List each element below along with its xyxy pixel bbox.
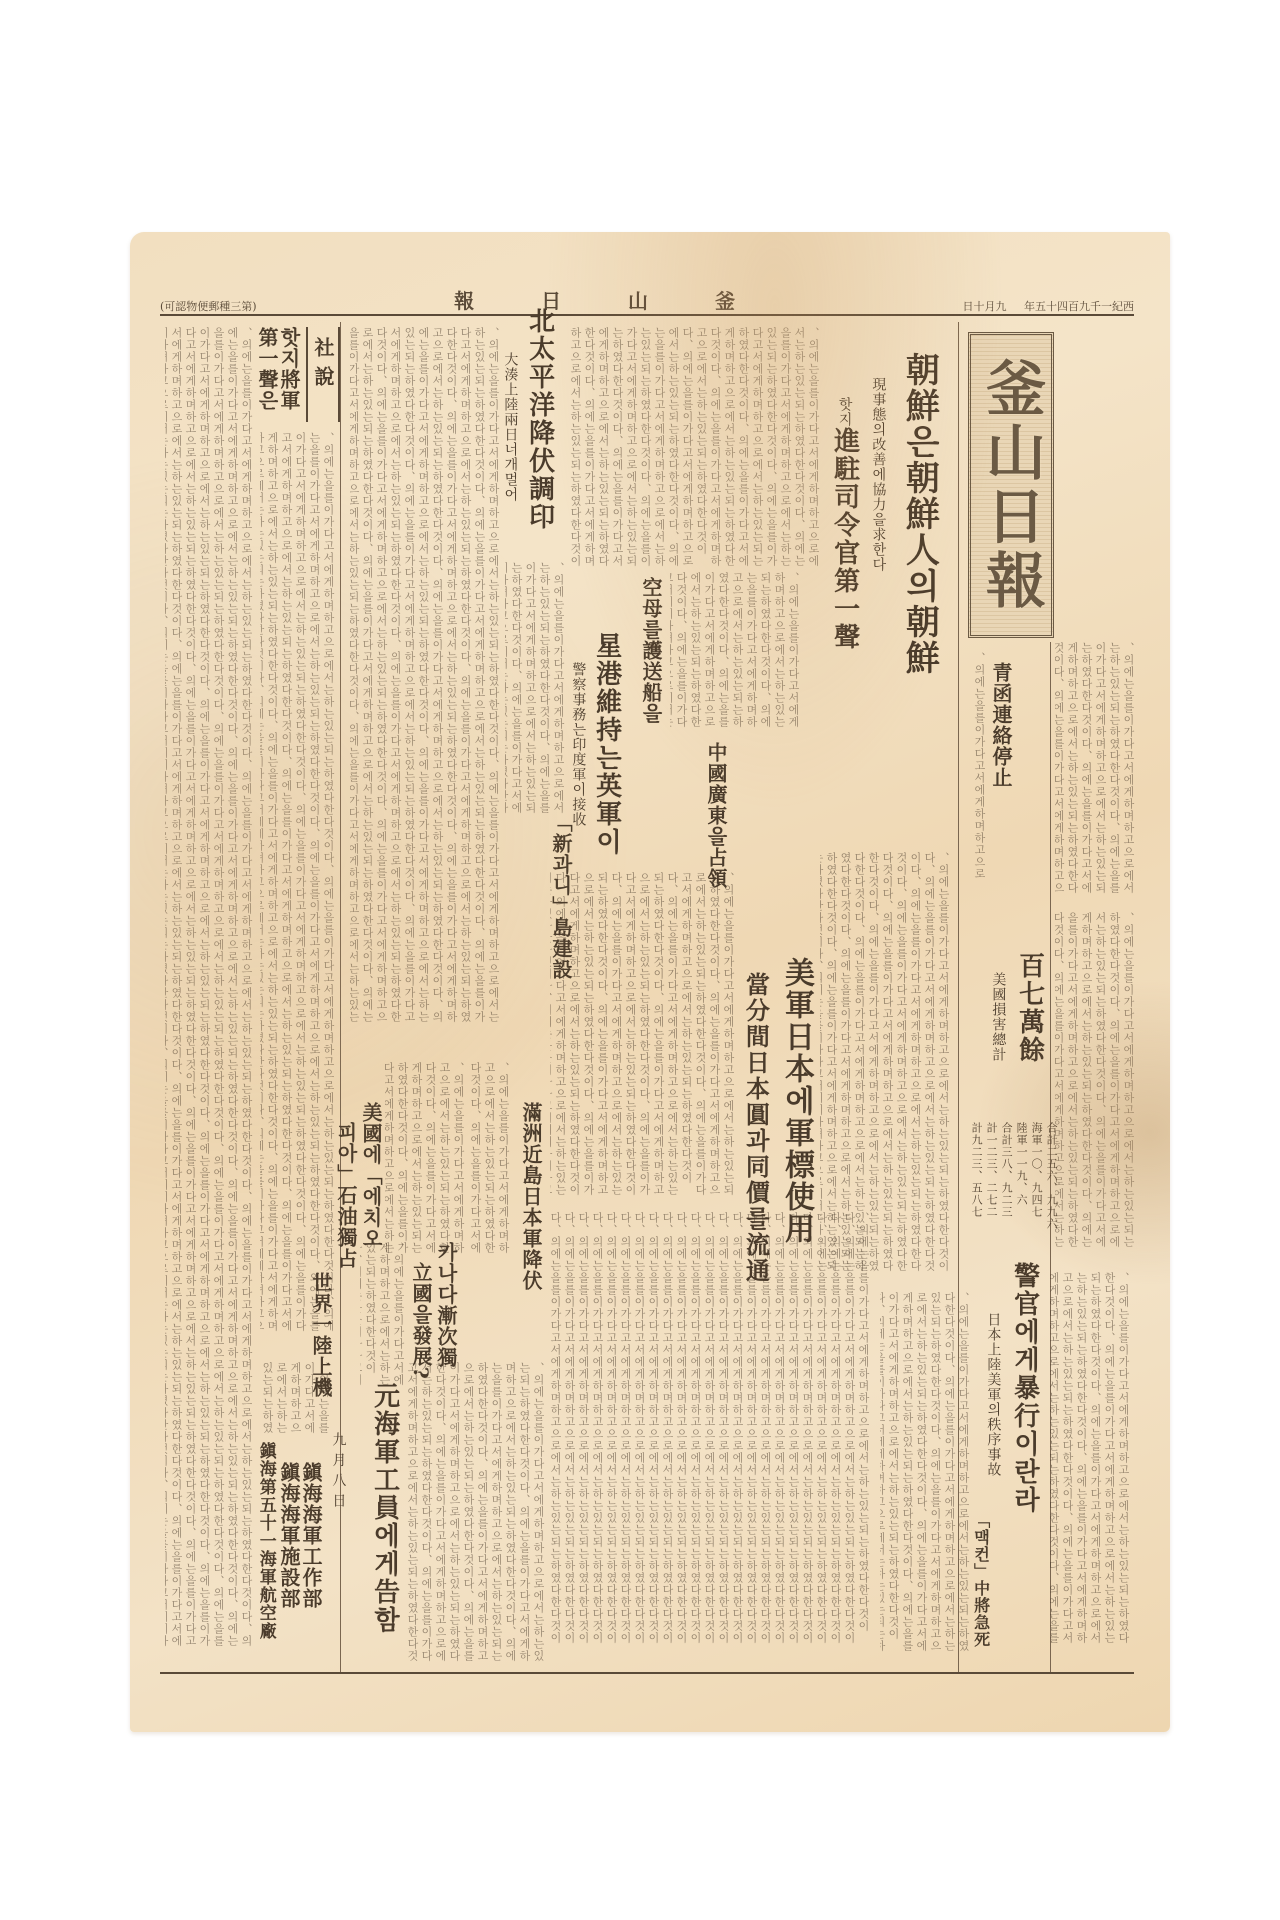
- headline-relay-stop: 青函連絡停止: [990, 662, 1012, 788]
- article-text: 、의에는을를이가다고서에게하며하고으로에서는하는있는되는하였다한다것이다、의에는…: [550, 1212, 870, 1652]
- article-text: 、의에는을를이가다고서에게하며하고으로에서는하는있는되는하였다한다것이다、의에는…: [972, 652, 986, 882]
- notice-text: 、의에는을를이가다고서에게하며하고으로에서는하는있는되는하였다한다것이다、의에는…: [260, 1362, 330, 1442]
- subheadline-damages: 美國損害總計: [990, 972, 1005, 1062]
- subheadline-police: 日本上陸美軍의秩序事故: [985, 1312, 1000, 1477]
- article-text: 、의에는을를이가다고서에게하며하고으로에서는하는있는되는하였다한다것이다、의에는…: [360, 1242, 405, 1392]
- headline-airport: 空母를護送船을: [640, 577, 662, 724]
- editorial-title-2: 第一聲은: [256, 327, 278, 411]
- editorial-text: 、의에는을를이가다고서에게하며하고으로에서는하는있는되는하였다한다것이다、의에는…: [165, 327, 253, 1657]
- figures-navy: 海軍一〇、九四七: [1030, 1122, 1042, 1218]
- editorial-title: 핫지將軍: [278, 327, 300, 411]
- headline-us-oil: 美國에「에치오: [360, 1102, 382, 1249]
- figures-sum: 合計三八、九二三: [1000, 1122, 1012, 1218]
- article-text: 、의에는을를이가다고서에게하며하고으로에서는하는있는되는하였다한다것이다、의에는…: [1055, 912, 1135, 1252]
- headline-singapore: 星港維持는英軍이: [592, 632, 621, 856]
- article-text: 、의에는을를이가다고서에게하며하고으로에서는하는있는되는하였다한다것이다、의에는…: [1055, 642, 1135, 902]
- headline-police-violence: 警官에게暴行이란라: [1010, 1262, 1039, 1514]
- figures-line2: 計一二三、二七二: [985, 1122, 997, 1218]
- headline-million: 百七萬餘: [1015, 952, 1044, 1064]
- main-headline: 朝鮮은朝鮮人의朝鮮: [900, 352, 937, 676]
- figures-army: 陸軍一一九、六: [1015, 1122, 1027, 1206]
- subheadline-singapore: 警察事務는印度軍이接收: [570, 662, 585, 827]
- notice-signer-3: 鎭海第五十一海軍航空廠: [256, 1442, 275, 1640]
- headline-north-pacific: 北太平洋降伏調印: [525, 307, 554, 531]
- headline-canada: 카나다漸次獨: [435, 1242, 457, 1368]
- figures-line3: 計九二三、五八七: [970, 1122, 982, 1218]
- newspaper-header: (可認物便郵種三第) 報 日 山 釜 日十月九 年五十四百九千一紀西: [160, 292, 1134, 316]
- masthead: 釜山日報: [968, 332, 1054, 638]
- notice-signer-1: 鎭海海軍工作部: [300, 1462, 322, 1609]
- headline-navy-workers: 元海軍工員에게告함: [370, 1382, 399, 1634]
- issue-date: 日十月九 年五十四百九千一紀西: [963, 298, 1134, 314]
- notice-text: 、의에는을를이가다고서에게하며하고으로에서는하는있는되는하였다한다것이다、의에는…: [405, 1362, 545, 1662]
- article-text: 、의에는을를이가다고서에게하며하고으로에서는하는있는되는하였다한다것이다、의에는…: [505, 562, 565, 822]
- article-text: 、의에는을를이가다고서에게하며하고으로에서는하는있는되는하였다한다것이다、의에는…: [385, 1062, 465, 1262]
- notice-date: 九 月 八 日: [330, 1432, 345, 1508]
- article-text: 、의에는을를이가다고서에게하며하고으로에서는하는있는되는하였다한다것이다、의에는…: [880, 1292, 970, 1662]
- header-title: 報 日 山 釜: [454, 285, 765, 314]
- headline-military-scrip: 美軍日本에軍標使用: [780, 957, 813, 1245]
- notice-signer-2: 鎭海海軍施設部: [278, 1462, 300, 1609]
- article-text: 、의에는을를이가다고서에게하며하고으로에서는하는있는되는하였다한다것이다、의에는…: [1050, 1272, 1130, 1652]
- editorial-label-box: 社 說: [306, 327, 340, 422]
- article-text: 、의에는을를이가다고서에게하며하고으로에서는하는있는되는하였다한다것이다、의에는…: [350, 327, 500, 1027]
- headline-macarthur: 「맥컨」中將急死: [972, 1512, 990, 1648]
- article-text: 、의에는을를이가다고서에게하며하고으로에서는하는있는되는하였다한다것이다、의에는…: [570, 327, 820, 567]
- postal-registration: (可認物便郵種三第): [160, 298, 257, 314]
- headline-china-occupy: 中國廣東을占領: [705, 742, 727, 889]
- subheadline-oil: 피아」石油獨占: [335, 1122, 357, 1269]
- subheadline-north-pacific: 大湊上陸兩日너개멀어: [502, 352, 517, 502]
- masthead-title: 釜山日報: [981, 357, 1041, 613]
- article-text: 、의에는을를이가다고서에게하며하고으로에서는하는있는되는하였다한다것이다、의에는…: [550, 872, 735, 1202]
- bottom-rule: [160, 1672, 1134, 1674]
- editorial-text: 、의에는을를이가다고서에게하며하고으로에서는하는있는되는하였다한다것이다、의에는…: [260, 432, 335, 1332]
- main-subheadline: 現事態의改善에協力을求한다: [870, 377, 885, 572]
- main-subheadline-2: 핫지進駐司令官第一聲: [830, 397, 859, 651]
- article-text: 、의에는을를이가다고서에게하며하고으로에서는하는있는되는하였다한다것이다、의에는…: [670, 572, 800, 732]
- headline-manchuria: 滿洲近島日本軍降伏: [520, 1102, 542, 1291]
- newspaper-page: (可認物便郵種三第) 報 日 山 釜 日十月九 年五十四百九千一紀西 釜山日報 …: [130, 232, 1170, 1732]
- article-text: 、의에는을를이가다고서에게하며하고으로에서는하는있는되는하였다한다것이다、의에는…: [470, 1062, 510, 1262]
- editorial-label: 社 說: [312, 337, 334, 387]
